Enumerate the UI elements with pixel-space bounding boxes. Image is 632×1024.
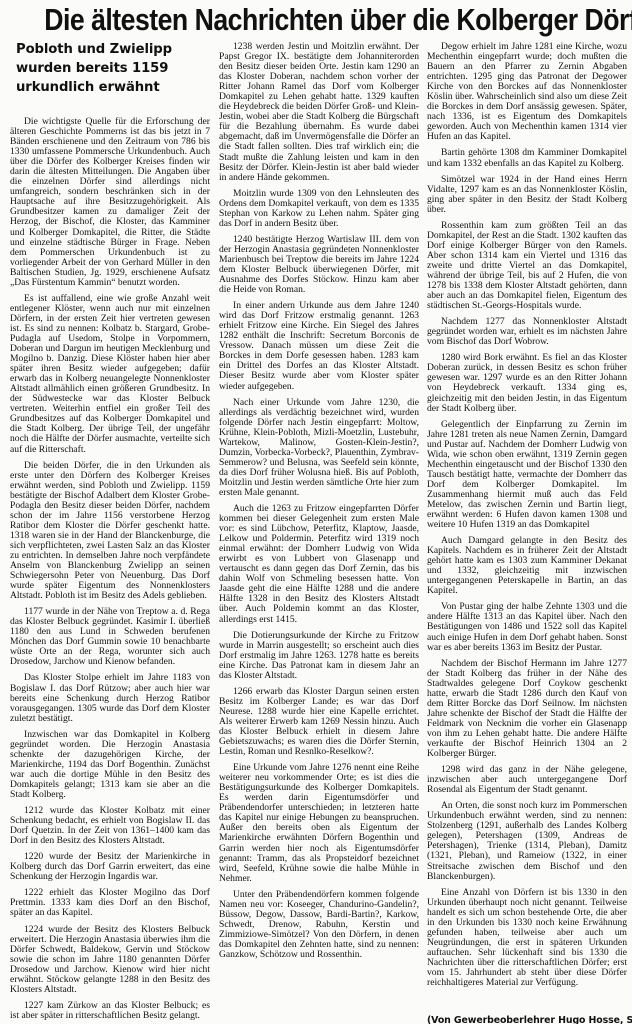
paragraph: Die Dotierungsurkunde der Kirche zu Frit… [219,631,419,681]
paragraph: Eine Urkunde vom Jahre 1276 nennt eine R… [219,763,419,884]
paragraph: Degow erhielt im Jahre 1281 eine Kirche,… [427,42,627,142]
column-3: Degow erhielt im Jahre 1281 eine Kirche,… [427,42,627,1024]
article-title: Die ältesten Nachrichten über die Kolber… [44,2,588,38]
paragraph: Simötzel war 1924 in der Hand eines Herr… [427,175,627,215]
paragraph: Bartin gehörte 1308 dm Kamminer Domkapit… [427,148,627,168]
paragraph: Unter den Präbendendörfern kommen folgen… [219,890,419,960]
paragraph: Es ist auffallend, eine wie große Anzahl… [10,294,210,455]
paragraph: Auch die 1263 zu Fritzow eingepfarrten D… [219,504,419,625]
paragraph: Eine Anzahl von Dörfern ist bis 1330 in … [427,888,627,988]
paragraph: Die wichtigste Quelle für die Erforschun… [10,117,210,288]
paragraph: An Orten, die sonst noch kurz im Pommers… [427,801,627,881]
paragraph: Auch Damgard gelangte in den Besitz des … [427,536,627,596]
paragraph: 1266 erwarb das Kloster Dargun seinen er… [219,687,419,757]
paragraph: 1220 wurde der Besitz der Marienkirche i… [10,852,210,882]
paragraph: Die beiden Dörfer, die in den Urkunden a… [10,461,210,602]
paragraph: 1222 erhielt das Kloster Mogilno das Dor… [10,888,210,918]
paragraph: 1224 wurde der Besitz des Klosters Belbu… [10,925,210,995]
paragraph: 1227 kam Zürkow an das Kloster Belbuck; … [10,1001,210,1021]
paragraph: 1212 wurde das Kloster Kolbatz mit einer… [10,806,210,846]
paragraph: Von Pustar ging der halbe Zehnte 1303 un… [427,602,627,652]
paragraph: Das Kloster Stolpe erhielt im Jahre 1183… [10,673,210,723]
paragraph: In einer andern Urkunde aus dem Jahre 12… [219,301,419,391]
paragraph: Gelegentlich der Einpfarrung zu Zernin i… [427,420,627,531]
paragraph: 1238 werden Jestin und Moitzlin erwähnt.… [219,42,419,183]
paragraph: 1177 wurde in der Nähe von Treptow a. d.… [10,607,210,667]
paragraph: 1298 wird das ganz in der Nähe gelegene,… [427,765,627,795]
column-1: Pobloth und Zwielipp wurden bereits 1159… [10,40,210,1024]
paragraph: Nach einer Urkunde vom Jahre 1230, die a… [219,398,419,498]
paragraph: Nachdem 1277 das Nonnenkloster Altstadt … [427,317,627,347]
paragraph: 1240 bestätigte Herzog Wartislaw III. de… [219,235,419,295]
paragraph: Moitzlin wurde 1309 von den Lehnsleuten … [219,189,419,229]
paragraph: Rossenthin kam zum größten Teil an das D… [427,221,627,311]
column-2: 1238 werden Jestin und Moitzlin erwähnt.… [219,42,419,966]
paragraph: Nachdem der Bischof Hermann im Jahre 127… [427,659,627,759]
author-byline: (Von Gewerbeoberlehrer Hugo Hosse, Stett… [427,1016,627,1024]
paragraph: 1280 wird Bork erwähnt. Es fiel an das K… [427,353,627,413]
paragraph: Inzwischen war das Domkapitel in Kolberg… [10,730,210,800]
article-subtitle: Pobloth und Zwielipp wurden bereits 1159… [16,40,210,97]
